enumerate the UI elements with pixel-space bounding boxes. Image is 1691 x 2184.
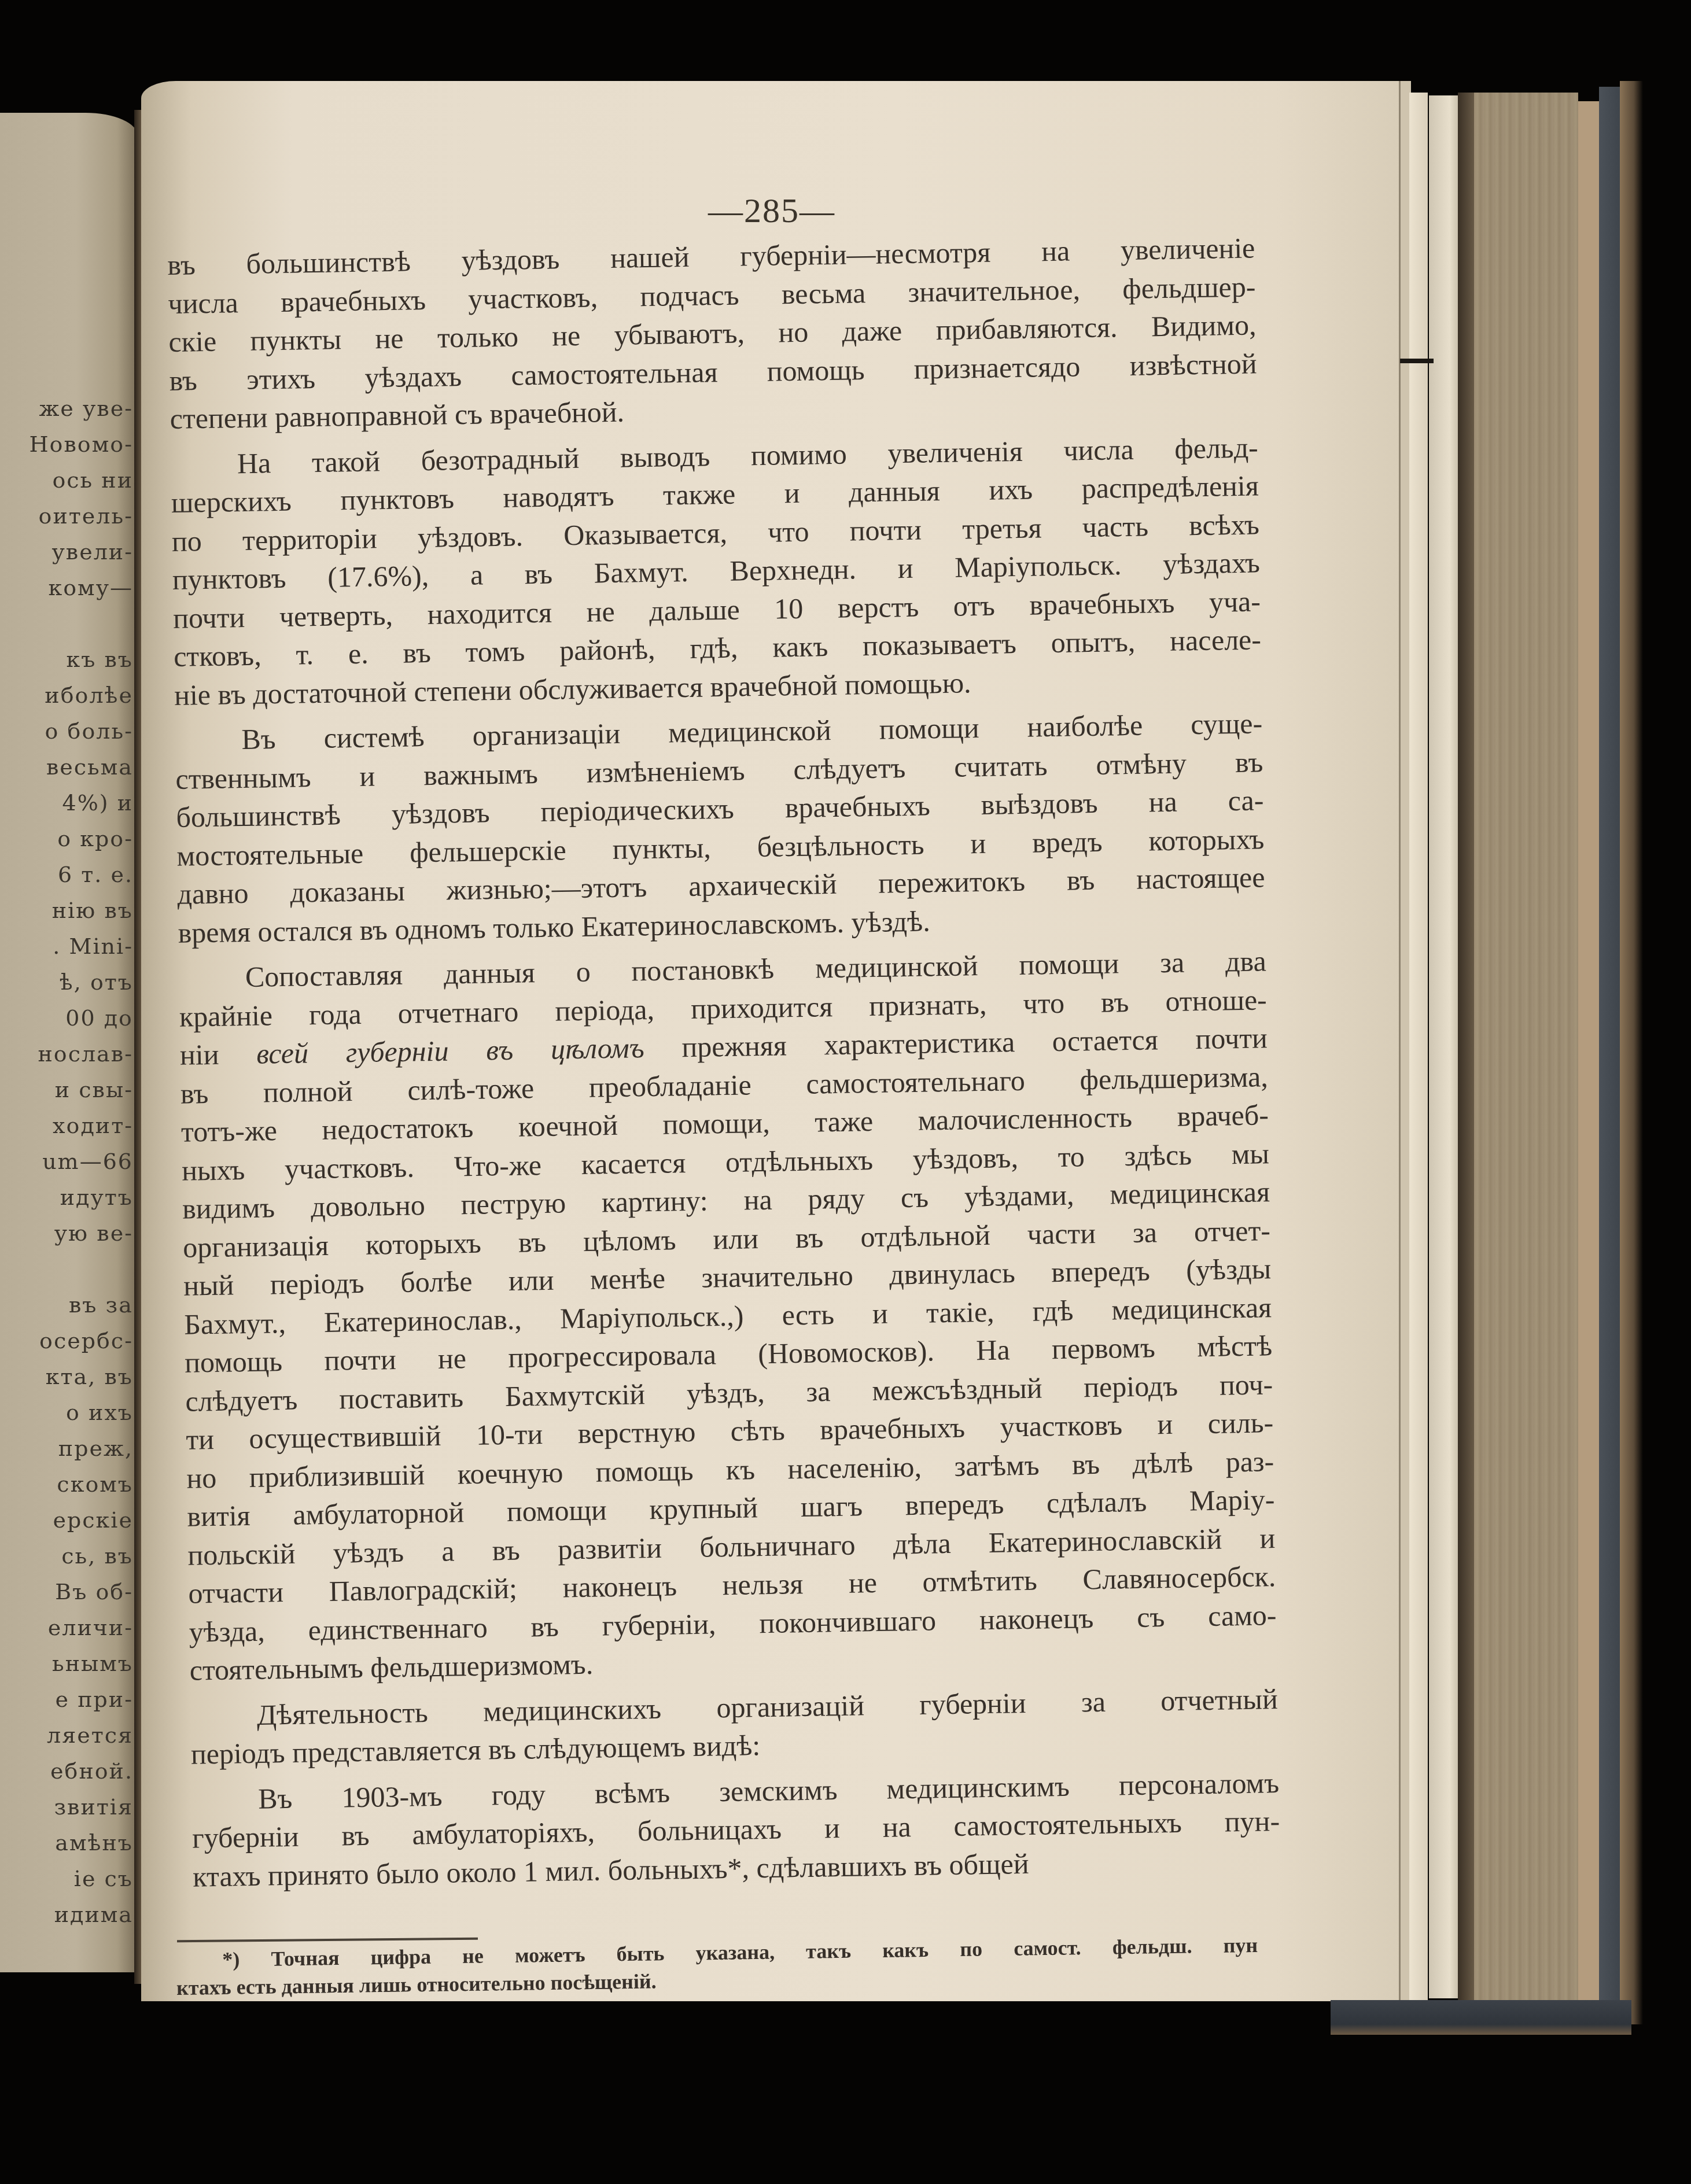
cover-bottom-edge	[1331, 2000, 1631, 2035]
previous-page-line: um—66	[0, 1143, 133, 1179]
cover-board-inner	[1578, 101, 1599, 2010]
previous-page-line: Новомо-	[0, 426, 133, 462]
previous-page-line: ось ни	[0, 462, 133, 498]
text-span: прежняя характеристика остается почти	[644, 1021, 1268, 1064]
previous-page-line: 00 до	[0, 1000, 133, 1036]
previous-page-line: 6 т. е.	[0, 857, 133, 892]
previous-page-line: о ихъ	[0, 1394, 133, 1430]
previous-page-line: же уве-	[0, 390, 133, 426]
page-stack-shadow	[1458, 93, 1475, 2007]
previous-page-line: идима	[0, 1897, 133, 1932]
previous-page-line: кому—	[0, 570, 133, 606]
previous-page-line: скомъ	[0, 1466, 133, 1502]
previous-page-line: Въ об-	[0, 1574, 133, 1610]
previous-page-line: сь, въ	[0, 1538, 133, 1574]
previous-page-line: преж,	[0, 1430, 133, 1466]
previous-page-line: о кро-	[0, 821, 133, 857]
previous-page-line: ляется	[0, 1717, 133, 1753]
previous-page-line: иболѣе	[0, 677, 133, 713]
previous-page-line	[0, 1251, 133, 1287]
previous-page-line: 4%) и	[0, 785, 133, 821]
previous-page-line: нію въ	[0, 892, 133, 928]
footnote: *) Точная цифра не можетъ быть указана, …	[176, 1931, 1258, 2002]
previous-page-line: идутъ	[0, 1179, 133, 1215]
previous-page-line: къ въ	[0, 641, 133, 677]
previous-page-line: весьма	[0, 749, 133, 785]
previous-page-line: ьнымъ	[0, 1646, 133, 1681]
page-stack-edges	[1474, 93, 1578, 2007]
emphasized-text: всей губерніи въ цѣломъ	[256, 1031, 644, 1070]
body-text: въ большинствѣ уѣздовъ нашей губерніи—не…	[167, 228, 1281, 1895]
previous-page-line: увели-	[0, 534, 133, 570]
previous-page-line: о боль-	[0, 713, 133, 749]
previous-page-line: въ за	[0, 1287, 133, 1323]
previous-page-line: и свы-	[0, 1072, 133, 1108]
previous-page-line: звитія	[0, 1789, 133, 1825]
previous-page-line: е при-	[0, 1681, 133, 1717]
previous-page-line: ѣ, отъ	[0, 964, 133, 1000]
previous-page-line: ебной.	[0, 1753, 133, 1789]
page-edge-inner	[1409, 93, 1428, 2001]
current-page: —285— въ большинствѣ уѣздовъ нашей губер…	[141, 81, 1402, 2001]
previous-page-line: іе съ	[0, 1861, 133, 1897]
previous-page-line: осербс-	[0, 1323, 133, 1359]
previous-page-line: амѣнъ	[0, 1825, 133, 1861]
previous-page-line: кта, въ	[0, 1359, 133, 1394]
previous-page-line: оитель-	[0, 498, 133, 534]
previous-page-line	[0, 606, 133, 641]
cover-frayed-edge	[1620, 81, 1643, 2024]
previous-page-line: . Mini-	[0, 928, 133, 964]
previous-page-line: ходит-	[0, 1108, 133, 1143]
footnote-separator	[177, 1938, 478, 1943]
text-span: ніи	[180, 1038, 257, 1071]
previous-page-line: еличи-	[0, 1610, 133, 1646]
previous-page-line: ую ве-	[0, 1215, 133, 1251]
previous-page-text-fragments: же уве-Новомо-ось ниоитель-увели-кому—къ…	[0, 390, 133, 1932]
page-number: —285—	[141, 191, 1402, 231]
insert-marker	[1400, 359, 1434, 363]
previous-page-line: нослав-	[0, 1036, 133, 1072]
previous-page-line: ерскіе	[0, 1502, 133, 1538]
previous-page: же уве-Новомо-ось ниоитель-увели-кому—къ…	[0, 113, 138, 1972]
